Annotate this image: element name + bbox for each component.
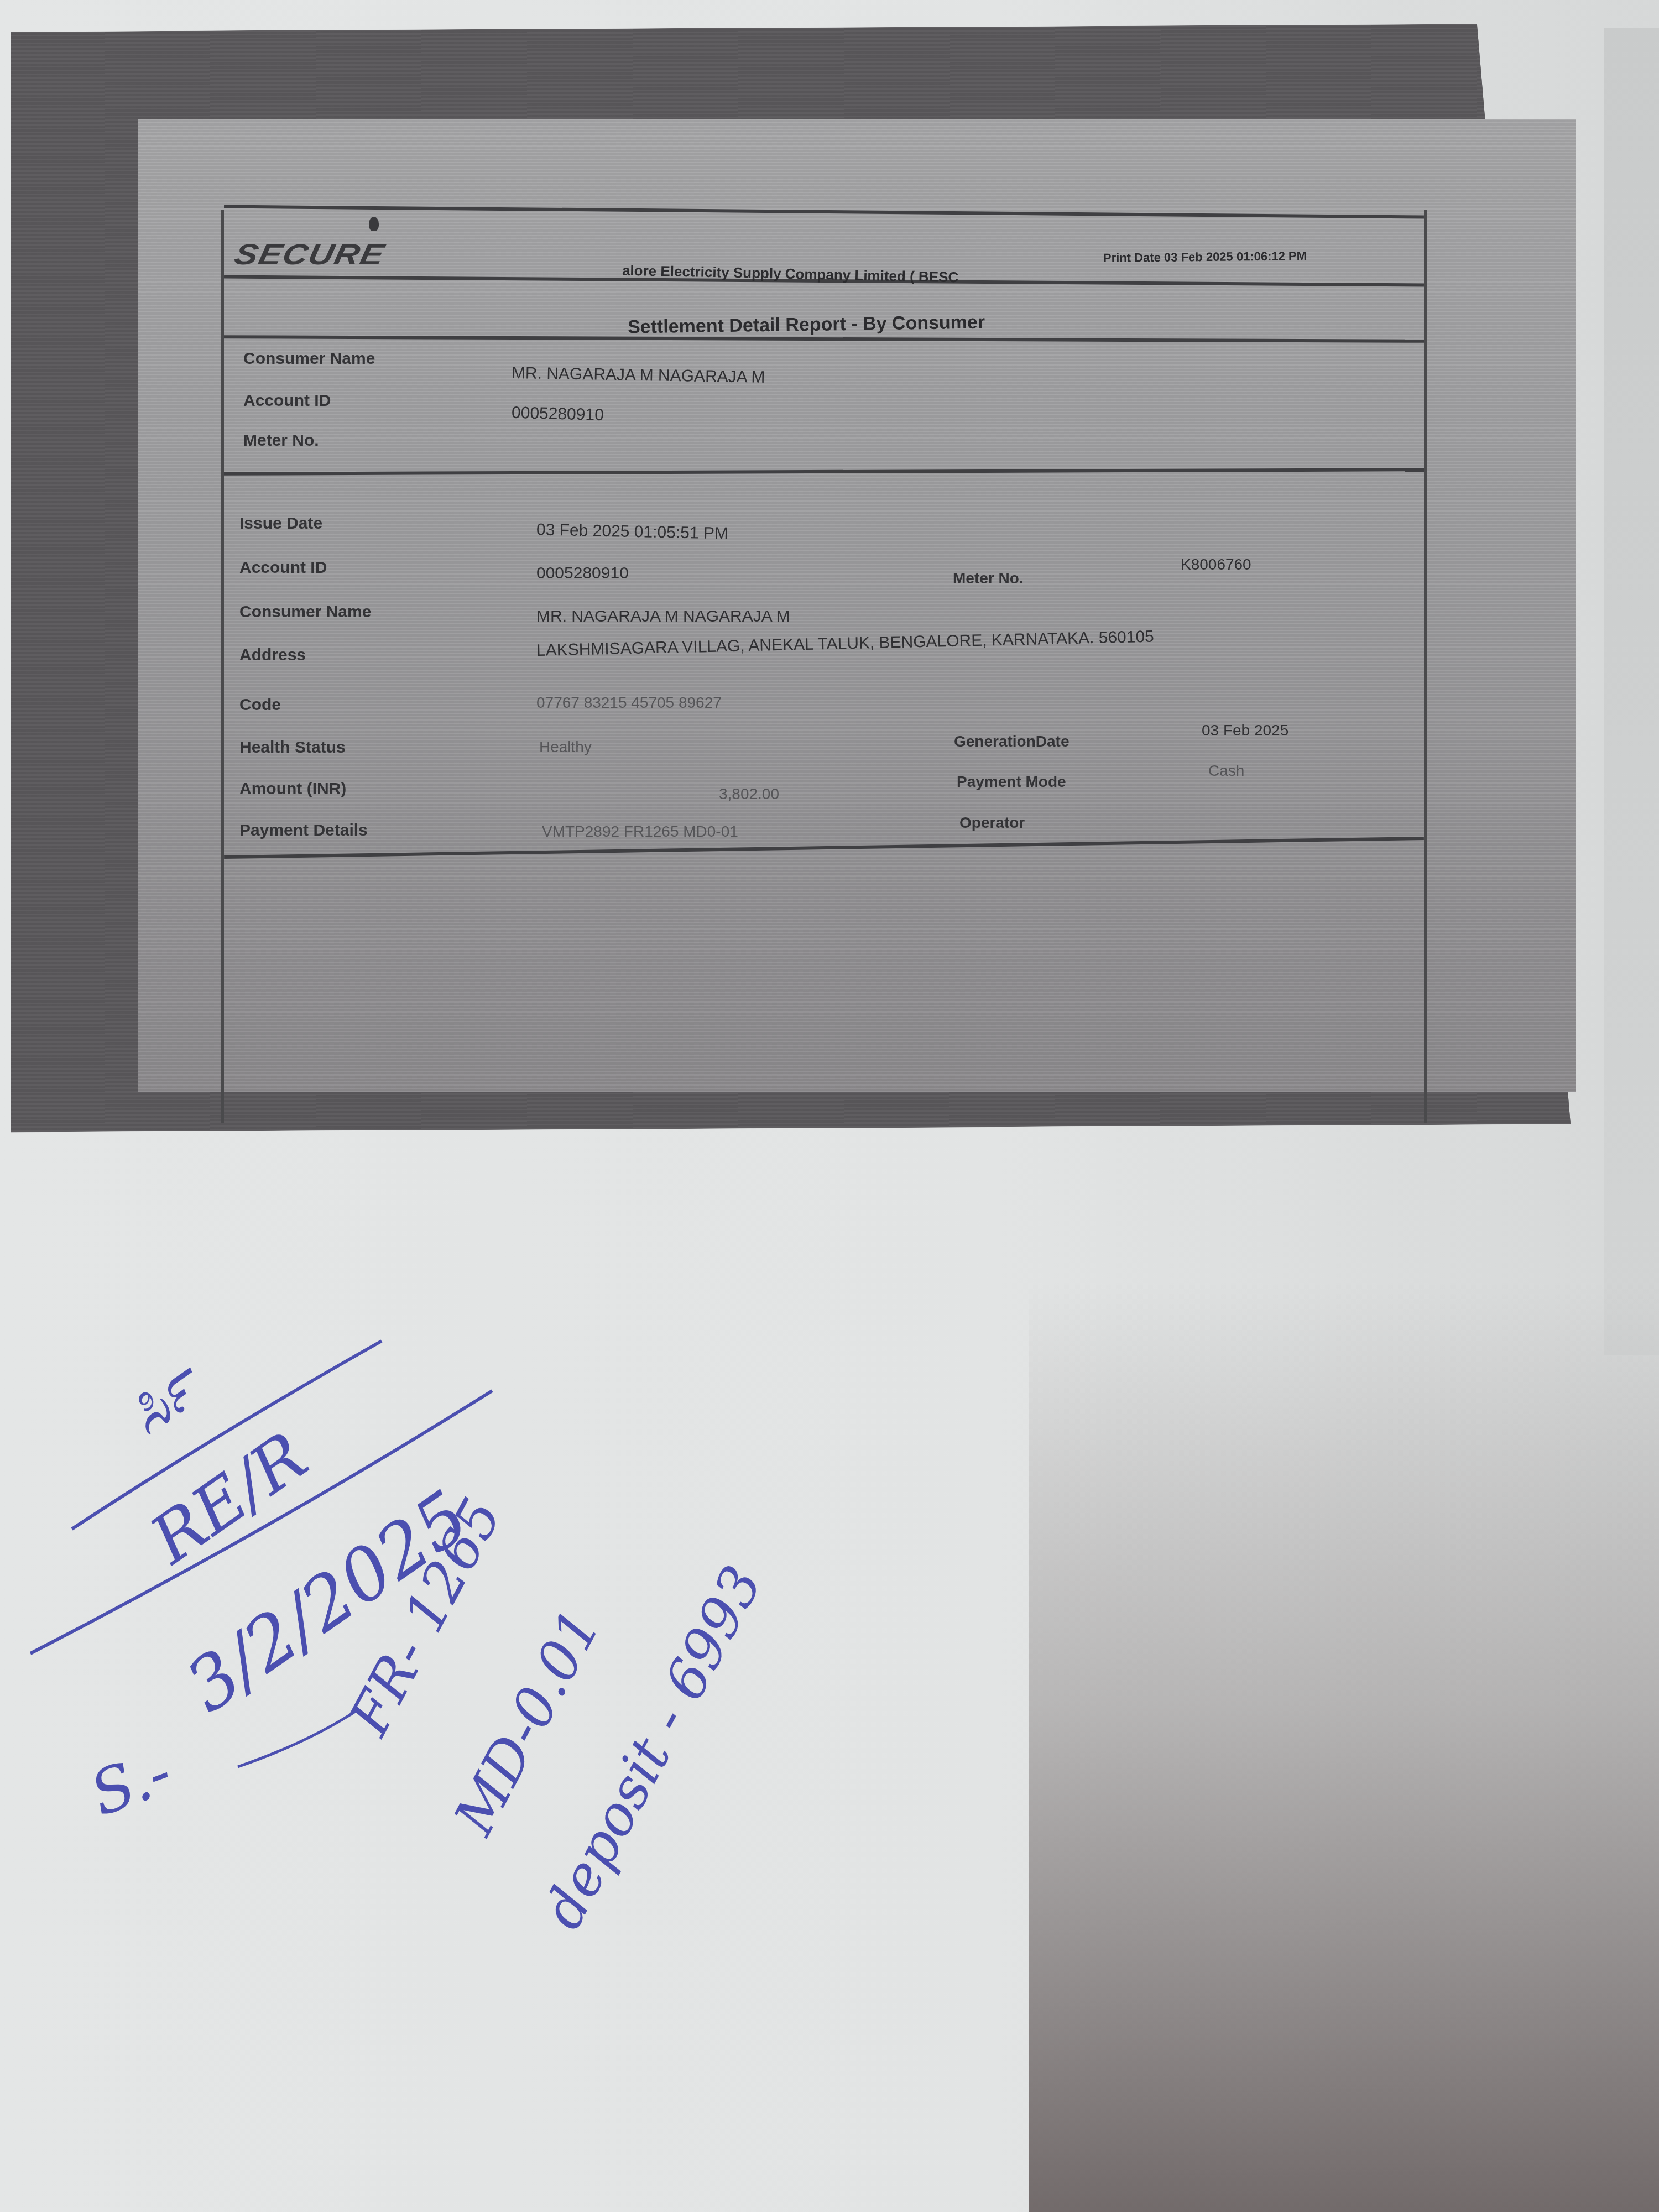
handwritten-strokes bbox=[0, 0, 1659, 2212]
